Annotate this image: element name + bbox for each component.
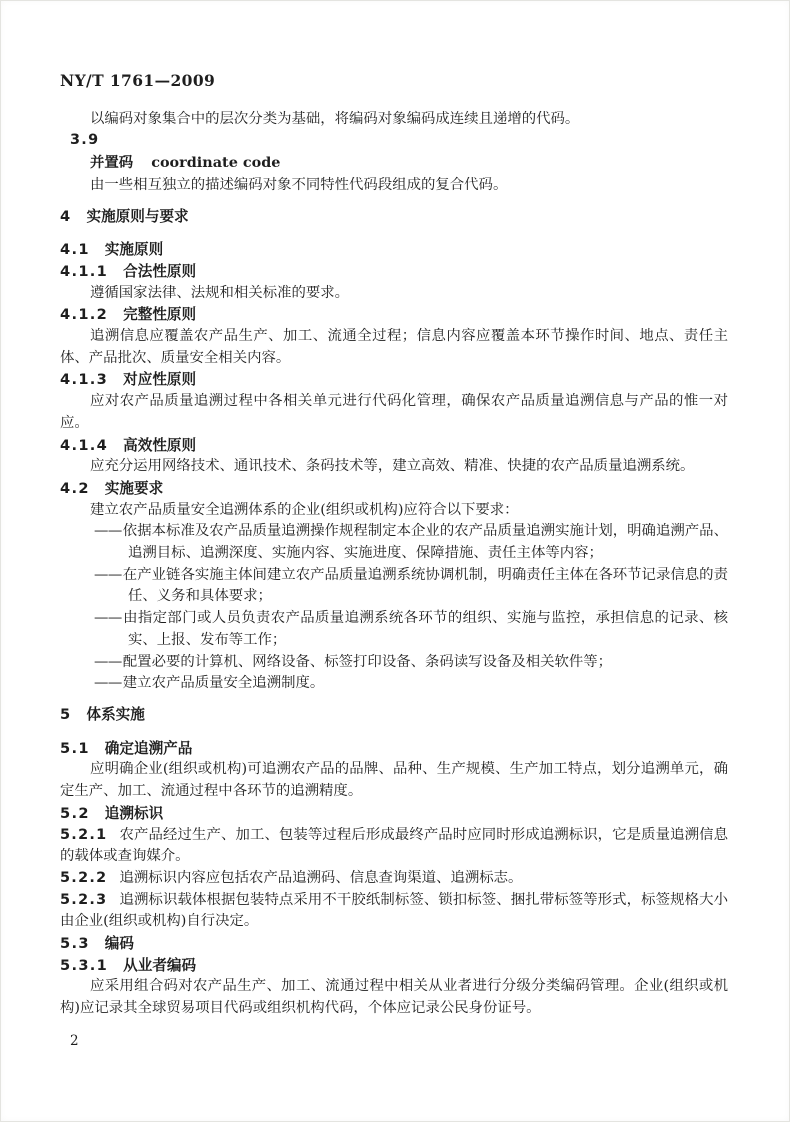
paragraph-text: 农产品经过生产、加工、包装等过程后形成最终产品时应同时形成追溯标识，它是质量追溯… (60, 827, 728, 865)
page-number: 2 (70, 1031, 728, 1053)
document-page: NY/T 1761—2009 以编码对象集合中的层次分类为基础，将编码对象编码成… (0, 0, 790, 1122)
clause-number: 5.3.1 (60, 957, 108, 974)
clause-number: 5 (60, 706, 71, 723)
clause-number: 5.1 (60, 740, 90, 757)
paragraph: 应采用组合码对农产品生产、加工、流通过程中相关从业者进行分级分类编码管理。企业(… (60, 976, 728, 1019)
clause-heading: 5.1确定追溯产品 (60, 738, 728, 760)
clause-title: 对应性原则 (123, 371, 196, 388)
clause-title: 实施原则 (105, 241, 163, 258)
list-item: ——建立农产品质量安全追溯制度。 (60, 673, 728, 695)
list-item: ——依据本标准及农产品质量追溯操作规程制定本企业的农产品质量追溯实施计划，明确追… (60, 521, 728, 564)
clause-number: 4 (60, 208, 71, 225)
list-dash-icon: —— (94, 610, 122, 626)
paragraph: 由一些相互独立的描述编码对象不同特性代码段组成的复合代码。 (60, 175, 728, 197)
clause-title: 实施要求 (105, 480, 163, 497)
clause-title: 合法性原则 (123, 263, 196, 280)
clause-number: 4.1.4 (60, 437, 108, 454)
numbered-paragraph: 5.2.2追溯标识内容应包括农产品追溯码、信息查询渠道、追溯标志。 (60, 868, 728, 890)
paragraph: 遵循国家法律、法规和相关标准的要求。 (60, 283, 728, 305)
clause-number: 5.2.1 (60, 827, 107, 843)
subclause-heading: 4.1.3对应性原则 (60, 369, 728, 391)
numbered-paragraph: 5.2.3追溯标识载体根据包装特点采用不干胶纸制标签、锁扣标签、捆扎带标签等形式… (60, 890, 728, 933)
list-text: 配置必要的计算机、网络设备、标签打印设备、条码读写设备及相关软件等； (123, 654, 612, 670)
list-dash-icon: —— (94, 675, 122, 691)
subclause-heading: 5.3.1从业者编码 (60, 955, 728, 977)
list-item: ——由指定部门或人员负责农产品质量追溯系统各环节的组织、实施与监控，承担信息的记… (60, 608, 728, 651)
clause-title: 完整性原则 (123, 306, 196, 323)
subclause-heading: 4.1.2完整性原则 (60, 304, 728, 326)
term-chinese: 并置码 (90, 155, 133, 171)
paragraph: 以编码对象集合中的层次分类为基础，将编码对象编码成连续且递增的代码。 (60, 109, 728, 131)
list-text: 由指定部门或人员负责农产品质量追溯系统各环节的组织、实施与监控，承担信息的记录、… (123, 610, 728, 648)
list-dash-icon: —— (94, 523, 122, 539)
clause-number: 5.2.2 (60, 870, 107, 886)
list-item: ——在产业链各实施主体间建立农产品质量追溯系统协调机制，明确责任主体在各环节记录… (60, 565, 728, 608)
paragraph: 建立农产品质量安全追溯体系的企业(组织或机构)应符合以下要求： (60, 500, 728, 522)
list-text: 建立农产品质量安全追溯制度。 (123, 675, 324, 691)
clause-heading: 5.3编码 (60, 933, 728, 955)
numbered-paragraph: 5.2.1农产品经过生产、加工、包装等过程后形成最终产品时应同时形成追溯标识，它… (60, 825, 728, 868)
paragraph-text: 追溯标识载体根据包装特点采用不干胶纸制标签、锁扣标签、捆扎带标签等形式，标签规格… (60, 892, 728, 930)
clause-number: 5.2.3 (60, 892, 107, 908)
list-dash-icon: —— (94, 654, 122, 670)
clause-number: 4.1.1 (60, 263, 108, 280)
clause-heading: 5.2追溯标识 (60, 803, 728, 825)
clause-number: 4.1 (60, 241, 90, 258)
list-dash-icon: —— (94, 567, 122, 583)
clause-number: 4.1.3 (60, 371, 108, 388)
paragraph: 应对农产品质量追溯过程中各相关单元进行代码化管理，确保农产品质量追溯信息与产品的… (60, 391, 728, 434)
list-text: 在产业链各实施主体间建立农产品质量追溯系统协调机制，明确责任主体在各环节记录信息… (123, 567, 728, 605)
list-item: ——配置必要的计算机、网络设备、标签打印设备、条码读写设备及相关软件等； (60, 652, 728, 674)
clause-title: 实施原则与要求 (86, 208, 188, 225)
term-english: coordinate code (151, 154, 280, 171)
clause-title: 高效性原则 (123, 437, 196, 454)
standard-number-header: NY/T 1761—2009 (60, 70, 728, 92)
clause-heading: 4.2实施要求 (60, 478, 728, 500)
clause-title: 确定追溯产品 (105, 740, 193, 757)
clause-number: 5.3 (60, 935, 90, 952)
chapter-heading: 4实施原则与要求 (60, 206, 728, 228)
term-entry: 并置码coordinate code (60, 152, 728, 175)
paragraph: 应充分运用网络技术、通讯技术、条码技术等，建立高效、精准、快捷的农产品质量追溯系… (60, 456, 728, 478)
chapter-heading: 5体系实施 (60, 704, 728, 726)
clause-number: 4.2 (60, 480, 90, 497)
clause-title: 体系实施 (86, 706, 144, 723)
document-blocks: 以编码对象集合中的层次分类为基础，将编码对象编码成连续且递增的代码。3.9并置码… (60, 109, 728, 1020)
term-number: 3.9 (70, 130, 728, 152)
list-text: 依据本标准及农产品质量追溯操作规程制定本企业的农产品质量追溯实施计划，明确追溯产… (123, 523, 728, 561)
paragraph: 应明确企业(组织或机构)可追溯农产品的品牌、品种、生产规模、生产加工特点，划分追… (60, 759, 728, 802)
clause-title: 从业者编码 (123, 957, 196, 974)
clause-title: 追溯标识 (105, 805, 163, 822)
clause-number: 4.1.2 (60, 306, 108, 323)
paragraph: 追溯信息应覆盖农产品生产、加工、流通全过程；信息内容应覆盖本环节操作时间、地点、… (60, 326, 728, 369)
paragraph-text: 追溯标识内容应包括农产品追溯码、信息查询渠道、追溯标志。 (119, 870, 522, 886)
subclause-heading: 4.1.1合法性原则 (60, 261, 728, 283)
clause-heading: 4.1实施原则 (60, 239, 728, 261)
clause-number: 5.2 (60, 805, 90, 822)
subclause-heading: 4.1.4高效性原则 (60, 435, 728, 457)
clause-title: 编码 (105, 935, 134, 952)
